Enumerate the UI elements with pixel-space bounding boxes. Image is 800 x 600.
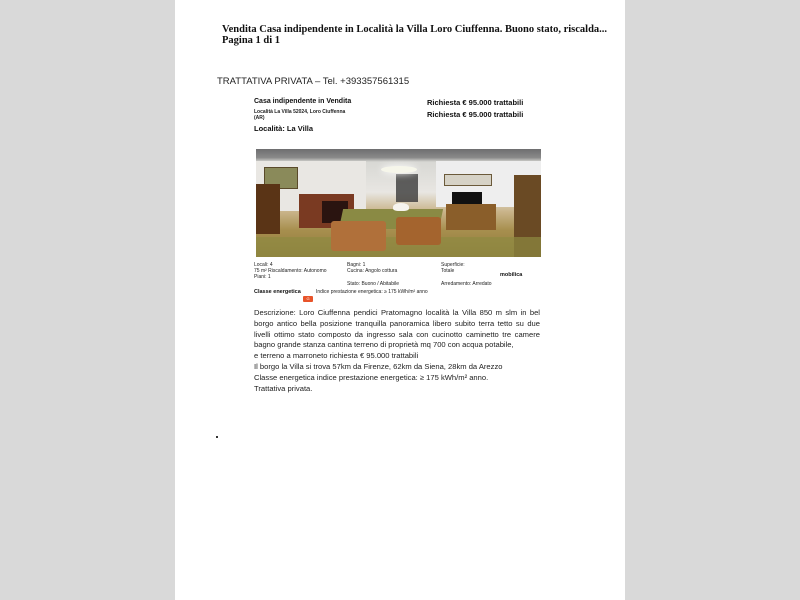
chair xyxy=(396,217,441,245)
listing-address: Località La Villa 52024, Loro Ciuffenna xyxy=(254,109,345,115)
tureen xyxy=(393,203,409,211)
detail-stato: Stato: Buono / Abitabile xyxy=(347,281,399,287)
detail-totale: Totale xyxy=(441,268,454,274)
description-line: Il borgo la Villa si trova 57km da Firen… xyxy=(254,362,540,373)
stray-mark xyxy=(216,436,218,438)
page-indicator: Pagina 1 di 1 xyxy=(222,35,280,47)
chair xyxy=(331,221,386,251)
television xyxy=(452,192,482,204)
description-line: e terreno a marroneto richiesta € 95.000… xyxy=(254,351,540,362)
description-line: borgo antico bella posizione tranquilla … xyxy=(254,319,540,330)
description-line: Descrizione: Loro Ciuffenna pendici Prat… xyxy=(254,308,540,319)
detail-piani: Piani: 1 xyxy=(254,274,271,280)
description-line: bagno grande stanza cantina terreno di p… xyxy=(254,340,540,351)
detail-mobilica: mobilica xyxy=(500,272,522,278)
document-page: Vendita Casa indipendente in Località la… xyxy=(175,0,625,600)
spiral-staircase xyxy=(396,174,418,202)
listing-title: Casa indipendente in Vendita xyxy=(254,98,351,105)
sideboard xyxy=(446,204,496,230)
energy-class-label: Classe energetica xyxy=(254,289,301,295)
price-line: Richiesta € 95.000 trattabili xyxy=(427,98,523,107)
price-line: Richiesta € 95.000 trattabili xyxy=(427,110,523,119)
ceiling-lamp xyxy=(381,166,417,173)
energy-class-badge: G xyxy=(303,296,313,302)
listing-address-province: (AR) xyxy=(254,115,265,121)
cabinet xyxy=(256,184,280,234)
picture-frame-icon xyxy=(444,174,492,186)
dining-room-photo xyxy=(256,149,541,257)
energy-index: Indice prestazione energetica: ≥ 175 kWh… xyxy=(316,289,428,295)
contact-line: TRATTATIVA PRIVATA – Tel. +393357561315 xyxy=(217,76,409,87)
description-line: livelli ottimo stato composto da ingress… xyxy=(254,330,540,341)
listing-locality: Località: La Villa xyxy=(254,124,313,133)
description: Descrizione: Loro Ciuffenna pendici Prat… xyxy=(254,308,540,394)
description-line: Trattativa privata. xyxy=(254,384,540,395)
detail-cucina: Cucina: Angolo cottura xyxy=(347,268,397,274)
detail-arredamento: Arredamento: Arredato xyxy=(441,281,492,287)
description-line: Classe energetica indice prestazione ene… xyxy=(254,373,540,384)
